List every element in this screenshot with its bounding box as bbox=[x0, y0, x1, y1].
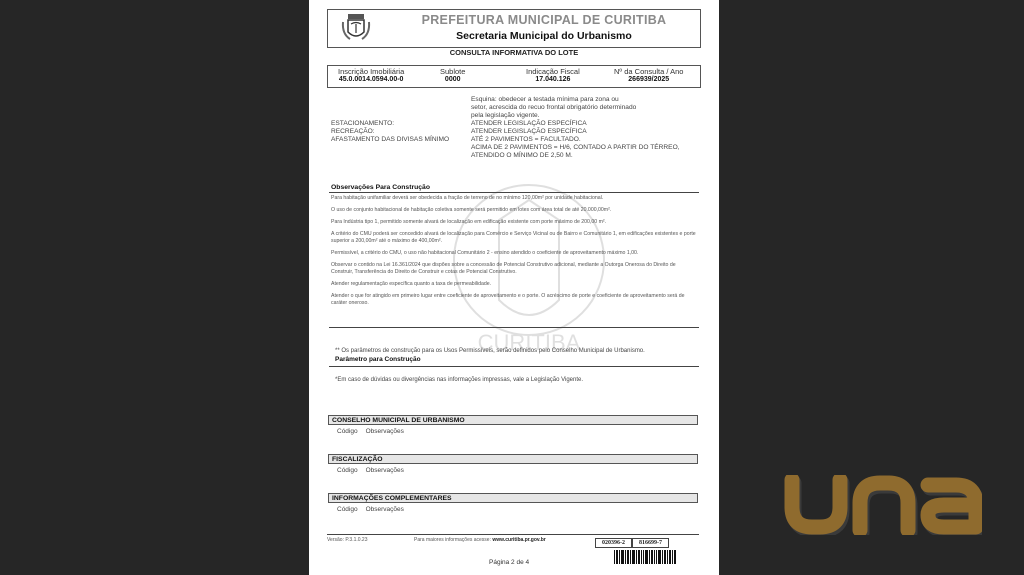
esquina-text: Esquina: obedecer a testada mínima para … bbox=[471, 96, 636, 120]
info-consulta-ano: Nº da Consulta / Ano266939/2025 bbox=[614, 68, 683, 84]
header-title: PREFEITURA MUNICIPAL DE CURITIBA bbox=[328, 13, 700, 27]
website-link[interactable]: www.curitiba.pr.gov.br bbox=[492, 537, 545, 543]
barcode-code-1: 020396-2 bbox=[595, 538, 632, 548]
observacao-item: A critério do CMU poderá ser concedido a… bbox=[331, 231, 697, 245]
more-info-text: Para maiores informações acesse: www.cur… bbox=[414, 537, 546, 543]
divider bbox=[329, 192, 699, 193]
divider bbox=[329, 327, 699, 328]
param-values: ATENDER LEGISLAÇÃO ESPECÍFICA ATENDER LE… bbox=[471, 120, 680, 160]
divider bbox=[329, 366, 699, 367]
section-info-complementares-columns: CódigoObservações bbox=[337, 506, 412, 513]
footer-divider bbox=[327, 534, 699, 535]
document-page: CURITIBA PREFEITURA MUNICIPAL DE CURITIB… bbox=[309, 0, 719, 575]
info-sublote: Sublote0000 bbox=[440, 68, 465, 84]
header-box: PREFEITURA MUNICIPAL DE CURITIBA Secreta… bbox=[327, 9, 701, 48]
lot-info-box: Inscrição Imobiliária45.0.0014.0594.00-0… bbox=[327, 65, 701, 88]
section-conselho: CONSELHO MUNICIPAL DE URBANISMO bbox=[328, 415, 698, 425]
note-duvidas: *Em caso de dúvidas ou divergências nas … bbox=[335, 377, 583, 383]
observacao-item: Para habitação unifamiliar deverá ser ob… bbox=[331, 195, 697, 202]
section-fiscalizacao-columns: CódigoObservações bbox=[337, 467, 412, 474]
version-text: Versão: P.3.1.0.23 bbox=[327, 537, 368, 543]
parametro-heading: Parâmetro para Construção bbox=[335, 356, 421, 363]
observacao-item: Para Indústria tipo 1, permitido somente… bbox=[331, 219, 697, 226]
document-title: CONSULTA INFORMATIVA DO LOTE bbox=[309, 48, 719, 57]
observacao-item: Atender regulamentação específica quanto… bbox=[331, 281, 697, 288]
page-number: Página 2 de 4 bbox=[489, 559, 529, 566]
note-usos-permissiveis: ** Os parâmetros de construção para os U… bbox=[335, 348, 645, 354]
info-inscricao: Inscrição Imobiliária45.0.0014.0594.00-0 bbox=[338, 68, 404, 84]
observacoes-list: Para habitação unifamiliar deverá ser ob… bbox=[331, 195, 697, 312]
una-logo bbox=[782, 475, 982, 535]
barcode-numbers: 020396-2 816699-7 bbox=[595, 538, 669, 548]
observacao-item: Observar o contido na Lei 16.361/2024 qu… bbox=[331, 262, 697, 276]
observacao-item: Atender o que for atingido em primeiro l… bbox=[331, 293, 697, 307]
observacoes-heading: Observações Para Construção bbox=[331, 184, 430, 191]
param-labels: ESTACIONAMENTO: RECREAÇÃO: AFASTAMENTO D… bbox=[331, 120, 449, 144]
section-info-complementares: INFORMAÇÕES COMPLEMENTARES bbox=[328, 493, 698, 503]
barcode-icon bbox=[614, 550, 676, 564]
info-indicacao-fiscal: Indicação Fiscal17.040.126 bbox=[526, 68, 580, 84]
section-conselho-columns: CódigoObservações bbox=[337, 428, 412, 435]
observacao-item: Permissível, a critério do CMU, o uso nã… bbox=[331, 250, 697, 257]
section-fiscalizacao: FISCALIZAÇÃO bbox=[328, 454, 698, 464]
barcode-code-2: 816699-7 bbox=[632, 538, 669, 548]
header-subtitle: Secretaria Municipal do Urbanismo bbox=[328, 30, 700, 42]
observacao-item: O uso de conjunto habitacional de habita… bbox=[331, 207, 697, 214]
